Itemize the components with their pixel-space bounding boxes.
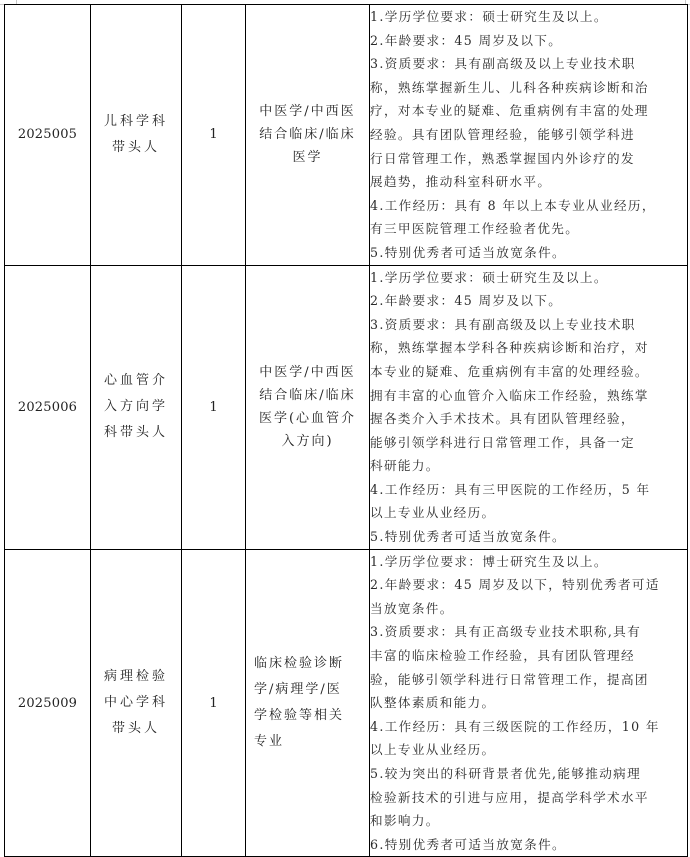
position-name: 心血管介 入方向学 科带头人 [91,265,182,549]
requirements: 1.学历学位要求：硕士研究生及以上。 2.年龄要求：45 周岁及以下。 3.资质… [370,265,688,549]
position-code: 2025009 [5,549,91,857]
table-row: 2025009 病理检验 中心学科 带头人 1 临床检验诊断 学/病理学/医 学… [5,549,688,857]
headcount: 1 [182,549,246,857]
position-name: 病理检验 中心学科 带头人 [91,549,182,857]
major-requirement: 中医学/中西医 结合临床/临床 医学 [246,5,370,266]
table-row: 2025005 儿科学科 带头人 1 中医学/中西医 结合临床/临床 医学 1.… [5,5,688,266]
position-code: 2025005 [5,5,91,266]
table-row: 2025006 心血管介 入方向学 科带头人 1 中医学/中西医 结合临床/临床… [5,265,688,549]
requirements: 1.学历学位要求：博士研究生及以上。 2.年龄要求：45 周岁及以下，特别优秀者… [370,549,688,857]
headcount: 1 [182,5,246,266]
requirements: 1.学历学位要求：硕士研究生及以上。 2.年龄要求：45 周岁及以下。 3.资质… [370,5,688,266]
major-requirement: 中医学/中西医 结合临床/临床 医学(心血管介 入方向) [246,265,370,549]
recruitment-table: 2025005 儿科学科 带头人 1 中医学/中西医 结合临床/临床 医学 1.… [4,4,688,857]
major-requirement: 临床检验诊断 学/病理学/医 学检验等相关 专业 [246,549,370,857]
position-code: 2025006 [5,265,91,549]
position-name: 儿科学科 带头人 [91,5,182,266]
headcount: 1 [182,265,246,549]
